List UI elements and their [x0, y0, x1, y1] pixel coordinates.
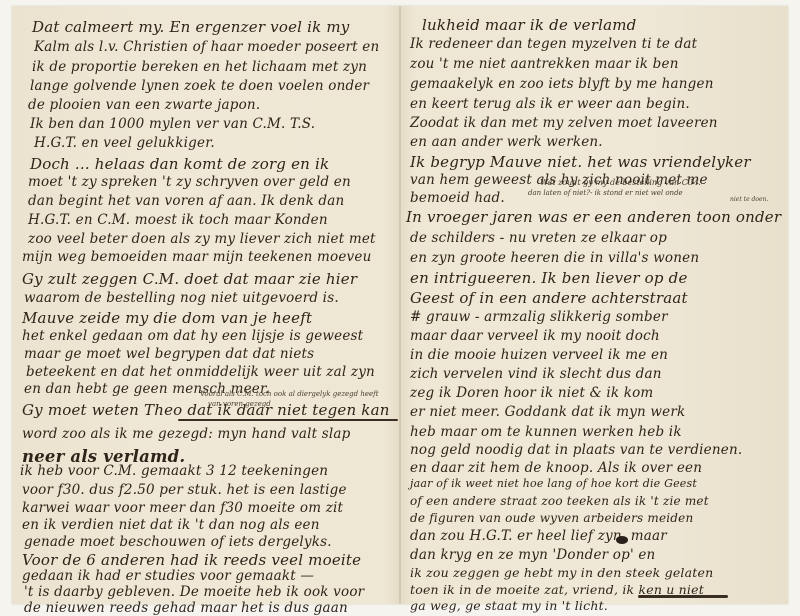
- right-line-5: en keert terug als ik er weer aan begin.: [410, 96, 690, 112]
- right-line-24: en daar zit hem de knoop. Als ik over ee…: [410, 460, 702, 476]
- left-line-30: gedaan ik had er studies voor gemaakt —: [22, 568, 314, 584]
- left-line-1: Dat calmeert my. En ergenzer voel ik my: [32, 18, 349, 36]
- left-line-3: ik de proportie bereken en het lichaam m…: [32, 59, 367, 75]
- right-line-12: de schilders - nu vreten ze elkaar op: [410, 230, 667, 246]
- right-line-7: en aan ander werk werken.: [410, 134, 603, 150]
- right-line-20: zeg ik Doren hoor ik niet & ik kom: [410, 385, 653, 401]
- right-line-30: ik zou zeggen ge hebt my in den steek ge…: [410, 565, 713, 580]
- right-line-28: dan zou H.G.T. er heel lief zyn. maar: [410, 528, 667, 544]
- right-line-2: Ik redeneer dan tegen myzelven ti te dat: [410, 36, 697, 52]
- left-line-12: zoo veel beter doen als zy my liever zic…: [28, 231, 376, 247]
- right-line-11: In vroeger jaren was er een anderen toon…: [406, 208, 781, 226]
- right-line-4: gemaakelyk en zoo iets blyft by me hange…: [410, 76, 714, 92]
- right-line-32: ga weg, ge staat my in 't licht.: [410, 598, 608, 612]
- right-line-18: in die mooie huizen verveel ik me en: [410, 347, 668, 363]
- left-line-21: Gy moet weten Theo dat ik daar niet tege…: [22, 401, 390, 419]
- left-annotation-1: Vooral als C.M. toch ook al diergelyk ge…: [200, 390, 379, 398]
- left-line-25: voor f30. dus f2.50 per stuk. het is een…: [22, 482, 347, 498]
- left-line-15: waarom de bestelling nog niet uitgevoerd…: [24, 290, 339, 306]
- right-line-14: en intrigueeren. Ik ben liever op de: [410, 269, 688, 287]
- right-line-29: dan kryg en ze myn 'Donder op' en: [410, 547, 655, 563]
- left-line-13: mijn weg bemoeiden maar mijn teekenen mo…: [22, 249, 371, 265]
- right-line-10: bemoeid had.: [410, 190, 505, 206]
- ink-blot: [616, 536, 628, 544]
- left-line-19: beteekent en dat het onmiddelijk weer ui…: [26, 364, 375, 380]
- right-line-22: heb maar om te kunnen werken heb ik: [410, 424, 682, 440]
- right-line-19: zich vervelen vind ik slecht dus dan: [410, 366, 662, 382]
- right-line-16: # grauw - armzalig slikkerig somber: [410, 309, 668, 325]
- underline-stroke: [178, 419, 398, 421]
- left-line-26: karwei waar voor meer dan f30 moeite om …: [22, 500, 343, 516]
- left-line-10: dan begint het van voren af aan. Ik denk…: [28, 193, 344, 209]
- left-line-4: lange golvende lynen zoek te doen voelen…: [30, 78, 369, 94]
- left-line-2: Kalm als l.v. Christien of haar moeder p…: [34, 39, 379, 55]
- left-line-18: maar ge moet wel begrypen dat dat niets: [24, 346, 314, 362]
- right-annotation-1: Wat zoudt gy my de bestelling van C.M.: [540, 178, 701, 187]
- right-annotation-2: dan laten of niet?- ik stond er niet wel…: [528, 189, 683, 197]
- right-line-6: Zoodat ik dan met my zelven moet laveere…: [410, 115, 718, 131]
- left-line-31: 't is daarby gebleven. De moeite heb ik …: [24, 584, 364, 600]
- right-line-15: Geest of in een andere achterstraat: [410, 289, 688, 307]
- right-line-1: lukheid maar ik de verlamd: [422, 16, 637, 34]
- left-line-14: Gy zult zeggen C.M. doet dat maar zie hi…: [22, 270, 357, 288]
- right-line-27: de figuren van oude wyven arbeiders meid…: [410, 511, 693, 525]
- left-line-6: Ik ben dan 1000 mylen ver van C.M. T.S.: [30, 116, 315, 132]
- right-line-26: of een andere straat zoo teeken als ik '…: [410, 494, 709, 508]
- left-line-28: genade moet beschouwen of iets dergelyks…: [24, 534, 332, 550]
- left-line-32: de nieuwen reeds gehad maar het is dus g…: [24, 600, 348, 612]
- right-line-17: maar daar verveel ik my nooit doch: [410, 328, 660, 344]
- left-annotation-2: van voren gezegd: [208, 400, 271, 408]
- left-line-29: Voor de 6 anderen had ik reeds veel moei…: [22, 551, 361, 569]
- right-annotation-3: niet te doen.: [730, 196, 768, 203]
- left-line-9: moet 't zy spreken 't zy schryven over g…: [28, 174, 351, 190]
- left-line-8: Doch ... helaas dan komt de zorg en ik: [30, 155, 329, 173]
- left-line-11: H.G.T. en C.M. moest ik toch maar Konden: [28, 212, 328, 228]
- left-line-16: Mauve zeide my die dom van je heeft: [22, 309, 312, 327]
- right-line-13: en zyn groote heeren die in villa's wone…: [410, 250, 699, 266]
- left-line-7: H.G.T. en veel gelukkiger.: [34, 135, 215, 151]
- left-line-24: ik heb voor C.M. gemaakt 3 12 teekeninge…: [20, 463, 328, 479]
- right-line-3: zou 't me niet aantrekken maar ik ben: [410, 56, 679, 72]
- right-line-8: Ik begryp Mauve niet. het was vriendelyk…: [410, 153, 751, 171]
- right-page: lukheid maar ik de verlamd Ik redeneer d…: [400, 6, 788, 604]
- right-line-25: jaar of ik weet niet hoe lang of hoe kor…: [410, 477, 697, 490]
- left-page: Dat calmeert my. En ergenzer voel ik my …: [12, 6, 400, 604]
- letter-spread: Dat calmeert my. En ergenzer voel ik my …: [12, 6, 788, 604]
- right-line-23: nog geld noodig dat in plaats van te ver…: [410, 442, 742, 458]
- left-line-27: en ik verdien niet dat ik 't dan nog als…: [22, 517, 320, 533]
- closing-stroke: [638, 595, 728, 598]
- right-line-21: er niet meer. Goddank dat ik myn werk: [410, 404, 685, 420]
- left-line-22: word zoo als ik me gezegd: myn hand valt…: [22, 426, 350, 442]
- left-line-17: het enkel gedaan om dat hy een lijsje is…: [22, 328, 363, 344]
- left-line-5: de plooien van een zwarte japon.: [28, 97, 260, 113]
